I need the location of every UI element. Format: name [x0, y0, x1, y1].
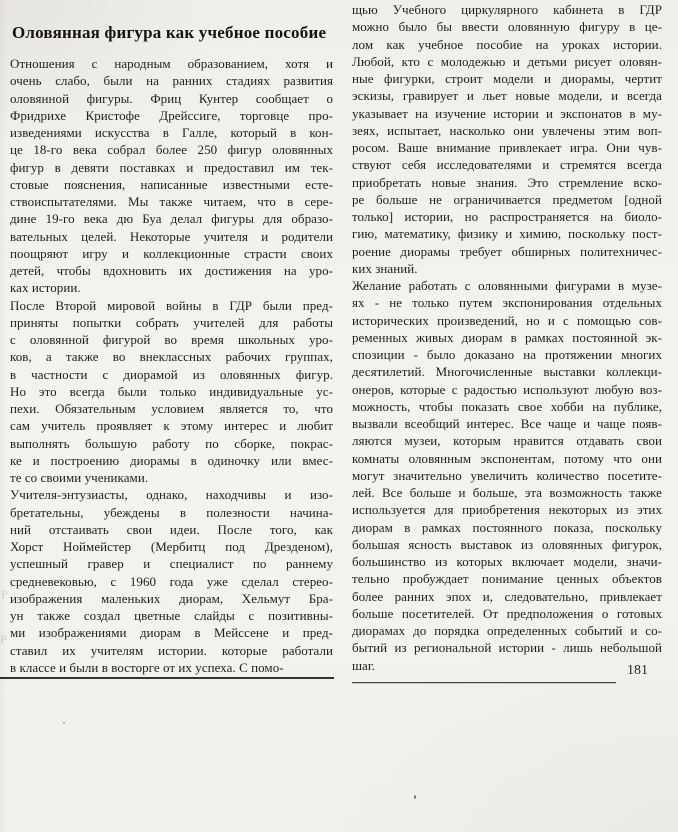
text-line: те со своими учениками.: [10, 469, 333, 486]
text-line: большая ясность выставок из оловянных фи…: [352, 536, 662, 553]
text-line: ствоиспытателями. Мы также читаем, что в…: [10, 193, 333, 210]
text-line: приобретать новые знания. Это стремление…: [352, 174, 662, 191]
text-line: ре больше не ограничивается предметом [о…: [352, 191, 662, 208]
text-line: диорам в рамках постоянного показа, поск…: [352, 519, 662, 536]
text-line: ках истории.: [10, 279, 333, 296]
text-line: выполнять большую работу по сборке, покр…: [10, 435, 333, 452]
text-line: це 18-го века собрал более 250 фигур оло…: [10, 141, 333, 158]
text-line: могут значительно увеличить количество п…: [352, 467, 662, 484]
text-line: ставил их учителям истории. которые рабо…: [10, 642, 333, 659]
scan-bleed-mark: Р: [1, 588, 8, 600]
text-line: в частности с диорамой из оловянных фигу…: [10, 366, 333, 383]
text-line: более ранних эпох и, следовательно, прив…: [352, 588, 662, 605]
text-line: большинство из которых включает модели, …: [352, 553, 662, 570]
scan-speck: [63, 722, 65, 724]
text-line: Хорст Ноймейстер (Мербитц под Дрезденом)…: [10, 538, 333, 555]
text-line: в классе и были в восторге от их успеха.…: [10, 659, 333, 676]
text-line: исторических произведений, но и с помощь…: [352, 312, 662, 329]
text-line: детей, чтобы вдохновить их достижения на…: [10, 262, 333, 279]
text-line: успешный гравер и специалист по раннему: [10, 555, 333, 572]
text-line: ун также создал цветные слайды с позитив…: [10, 607, 333, 624]
text-line: изображения маленьких диорам, Хельмут Бр…: [10, 590, 333, 607]
text-line: стовые пояснения, написанные известными …: [10, 176, 333, 193]
text-line: спозиции - было доказано на протяжении м…: [352, 346, 662, 363]
text-line: Желание работать с оловянными фигурами в…: [352, 277, 662, 294]
text-line: щью Учебного циркулярного кабинета в ГДР: [352, 1, 662, 18]
text-line: дине 19-го века дю Буа делал фигуры для …: [10, 210, 333, 227]
text-line: лей. Все больше и больше, эта возможност…: [352, 484, 662, 501]
text-line: фигур в девяти поставках и предоставил и…: [10, 159, 333, 176]
text-line: средневековью, с 1960 года уже сделал ст…: [10, 573, 333, 590]
text-line: Любой, кто с молодежью и детьми рисует о…: [352, 53, 662, 70]
text-line: очень слабо, были на ранних стадиях разв…: [10, 72, 333, 89]
text-line: лом как учебное пособие на уроках истори…: [352, 36, 662, 53]
text-column-right: щью Учебного циркулярного кабинета в ГДР…: [352, 1, 662, 674]
text-line: диорамах до порядка определенных событий…: [352, 622, 662, 639]
text-line: бретательны, убеждены в полезности начин…: [10, 504, 333, 521]
page-number: 181: [616, 662, 648, 679]
text-line: онеров, которые с радостью используют лю…: [352, 381, 662, 398]
paragraph: Желание работать с оловянными фигурами в…: [352, 277, 662, 674]
text-line: приняты попытки собрать учителей для раб…: [10, 314, 333, 331]
text-line: вательных целей. Некоторые учителя и род…: [10, 228, 333, 245]
paragraph: Учителя-энтузиасты, однако, находчивы и …: [10, 486, 333, 676]
text-line: ков, а также во внеклассных рабочих груп…: [10, 348, 333, 365]
text-column-left: Оловянная фигура как учебное пособие Отн…: [10, 22, 333, 676]
text-line: После Второй мировой войны в ГДР были пр…: [10, 297, 333, 314]
article-title: Оловянная фигура как учебное пособие: [12, 22, 333, 43]
text-line: ствуют себя исследователями и стремятся …: [352, 156, 662, 173]
text-line: изведениями искусства в Галле, который в…: [10, 124, 333, 141]
text-line: бытий из региональной истории - лишь неб…: [352, 639, 662, 656]
text-line: больше посетителей. От предположения о г…: [352, 605, 662, 622]
text-line: ные фигурки, строит модели и диорамы, че…: [352, 70, 662, 87]
text-line: зеях, испытает, насколько они увлечены э…: [352, 122, 662, 139]
paragraph: щью Учебного циркулярного кабинета в ГДР…: [352, 1, 662, 277]
column-end-rule-right: [352, 682, 616, 683]
text-line: поощряют игру и коллекционные страсти св…: [10, 245, 333, 262]
text-line: указывает на изучение истории и экспонат…: [352, 105, 662, 122]
paragraph: Отношения с народным образованием, хотя …: [10, 55, 333, 297]
scanned-document-page: { "article": { "title": "Оловянная фигур…: [0, 0, 678, 832]
text-line: ях - не только путем экспонирования отде…: [352, 294, 662, 311]
text-line: оловянной фигуры. Фриц Кунтер сообщает о: [10, 90, 333, 107]
text-line: роение диорамы требует обширных политехн…: [352, 243, 662, 260]
column-end-rule-left: [0, 677, 334, 679]
text-line: только] истории, но распространяется на …: [352, 208, 662, 225]
scan-bleed-mark: Р: [0, 633, 7, 645]
text-line: ременных живых диорам в рамках постоянно…: [352, 329, 662, 346]
text-line: гию, математику, физику и химию, посколь…: [352, 225, 662, 242]
text-line: ми изображениями диорам в Мейссене и пре…: [10, 624, 333, 641]
text-line: можно было бы ввести оловянную фигуру в …: [352, 18, 662, 35]
text-line: росом. Ваше внимание привлекает игра. Он…: [352, 139, 662, 156]
scan-speck: [414, 795, 416, 799]
text-line: пехи. Обязательным условием является то,…: [10, 400, 333, 417]
text-line: Фридрихе Кристофе Дрейссиге, торговце пр…: [10, 107, 333, 124]
text-line: Отношения с народным образованием, хотя …: [10, 55, 333, 72]
text-line: комнаты оловянным экспонентам, потому чт…: [352, 450, 662, 467]
text-line: десятилетий. Многочисленные выставки кол…: [352, 363, 662, 380]
text-line: Учителя-энтузиасты, однако, находчивы и …: [10, 486, 333, 503]
text-line: вызвали всеобщий интерес. Все чаще и чащ…: [352, 415, 662, 432]
text-line: используется для приобретения некоторых …: [352, 501, 662, 518]
text-line: тельно пробуждает понимание ценных объек…: [352, 570, 662, 587]
text-line: ких знаний.: [352, 260, 662, 277]
text-line: ке и построению диорамы в одиночку или в…: [10, 452, 333, 469]
text-line: с оловянной фигурой во время школьных ур…: [10, 331, 333, 348]
text-line: сам учитель проявляет к этому интерес и …: [10, 417, 333, 434]
text-line: ляются музеи, которым нравится отдавать …: [352, 432, 662, 449]
paragraph: После Второй мировой войны в ГДР были пр…: [10, 297, 333, 487]
text-line: Но это всегда были только индивидуальные…: [10, 383, 333, 400]
text-line: эскизы, гравирует и льет новые модели, и…: [352, 87, 662, 104]
text-line: ний отстаивать свои идеи. После того, ка…: [10, 521, 333, 538]
text-line: можность, чтобы показать свое хобби на п…: [352, 398, 662, 415]
